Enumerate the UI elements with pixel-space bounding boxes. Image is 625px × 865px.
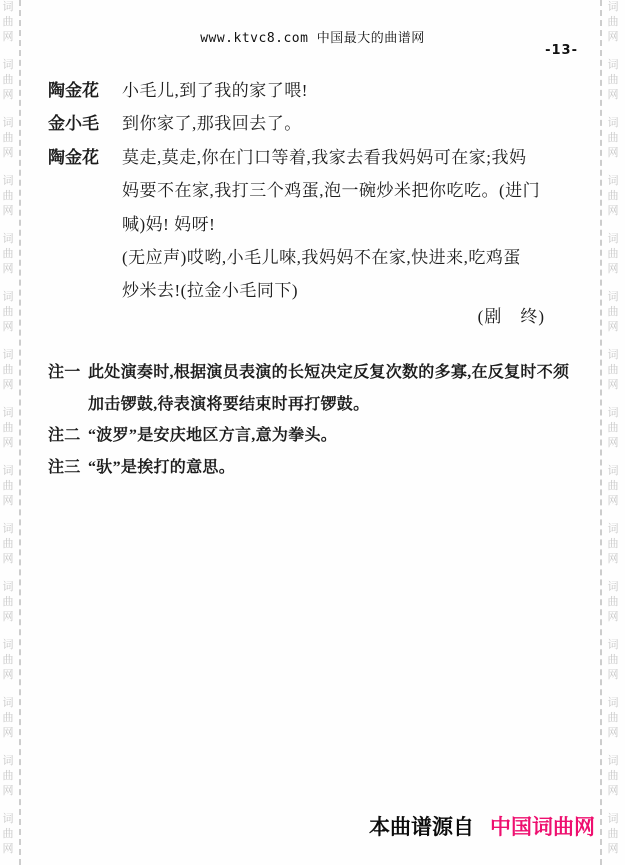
watermark-group: 词曲网 [608, 466, 619, 507]
watermark-char: 网 [608, 148, 619, 159]
watermark-char: 词 [608, 292, 619, 303]
watermark-char: 词 [608, 582, 619, 593]
watermark-char: 网 [3, 206, 14, 217]
watermark-char: 词 [3, 756, 14, 767]
watermark-char: 网 [3, 322, 14, 333]
watermark-char: 曲 [608, 713, 619, 724]
watermark-group: 词曲网 [3, 350, 14, 391]
watermark-char: 曲 [3, 365, 14, 376]
watermark-char: 网 [3, 496, 14, 507]
dialogue-entry: 陶金花莫走,莫走,你在门口等着,我家去看我妈妈可在家;我妈妈要不在家,我打三个鸡… [48, 141, 580, 308]
watermark-group: 词曲网 [608, 640, 619, 681]
watermark-char: 曲 [608, 481, 619, 492]
watermark-group: 词曲网 [608, 350, 619, 391]
watermark-group: 词曲网 [3, 466, 14, 507]
watermark-char: 网 [3, 438, 14, 449]
watermark-char: 曲 [3, 539, 14, 550]
watermark-char: 曲 [608, 75, 619, 86]
watermark-char: 词 [3, 176, 14, 187]
watermark-char: 曲 [3, 713, 14, 724]
watermark-char: 网 [3, 786, 14, 797]
note-entry: 注二“波罗”是安庆地区方言,意为拳头。 [48, 420, 583, 452]
watermark-char: 词 [608, 698, 619, 709]
dialogue-line: 喊)妈! 妈呀! [122, 208, 580, 241]
watermark-char: 词 [3, 466, 14, 477]
watermark-char: 词 [3, 408, 14, 419]
note-label: 注三 [48, 452, 81, 484]
note-line: “驮”是挨打的意思。 [88, 452, 583, 484]
watermark-group: 词曲网 [608, 234, 619, 275]
watermark-char: 网 [3, 612, 14, 623]
watermark-char: 曲 [608, 307, 619, 318]
watermark-char: 曲 [608, 539, 619, 550]
watermark-char: 网 [3, 844, 14, 855]
watermark-char: 网 [608, 554, 619, 565]
note-label: 注二 [48, 420, 81, 452]
watermark-group: 词曲网 [3, 814, 14, 855]
watermark-char: 曲 [3, 75, 14, 86]
ending-mark: (剧 终) [48, 302, 545, 327]
watermark-char: 网 [608, 322, 619, 333]
watermark-group: 词曲网 [608, 118, 619, 159]
watermark-char: 词 [3, 582, 14, 593]
watermark-char: 曲 [608, 133, 619, 144]
watermark-group: 词曲网 [3, 176, 14, 217]
watermark-char: 网 [3, 264, 14, 275]
watermark-char: 网 [608, 786, 619, 797]
watermark-char: 网 [3, 380, 14, 391]
dialogue-line: 到你家了,那我回去了。 [122, 107, 580, 140]
watermark-char: 网 [3, 148, 14, 159]
speaker-label: 陶金花 [48, 74, 99, 107]
dialogue-block: 陶金花小毛儿,到了我的家了喂!金小毛到你家了,那我回去了。陶金花莫走,莫走,你在… [48, 74, 580, 308]
watermark-char: 词 [608, 2, 619, 13]
dialogue-line: (无应声)哎哟,小毛儿唻,我妈妈不在家,快进来,吃鸡蛋 [122, 241, 580, 274]
watermark-char: 曲 [3, 597, 14, 608]
right-dashed-rule [600, 0, 602, 865]
watermark-char: 词 [608, 756, 619, 767]
watermark-group: 词曲网 [608, 814, 619, 855]
watermark-char: 曲 [608, 249, 619, 260]
watermark-char: 网 [3, 728, 14, 739]
watermark-char: 词 [608, 176, 619, 187]
watermark-char: 曲 [3, 481, 14, 492]
note-line: 此处演奏时,根据演员表演的长短决定反复次数的多寡,在反复时不须 [88, 357, 583, 389]
watermark-group: 词曲网 [608, 176, 619, 217]
watermark-char: 网 [608, 728, 619, 739]
watermark-group: 词曲网 [3, 698, 14, 739]
watermark-char: 曲 [3, 655, 14, 666]
watermark-char: 词 [3, 60, 14, 71]
watermark-char: 词 [608, 60, 619, 71]
watermark-char: 网 [608, 90, 619, 101]
watermark-char: 曲 [3, 133, 14, 144]
watermark-char: 词 [3, 292, 14, 303]
watermark-group: 词曲网 [3, 524, 14, 565]
watermark-group: 词曲网 [608, 756, 619, 797]
watermark-char: 网 [608, 206, 619, 217]
watermark-group: 词曲网 [608, 292, 619, 333]
watermark-char: 曲 [3, 307, 14, 318]
watermark-group: 词曲网 [608, 60, 619, 101]
speaker-label: 金小毛 [48, 107, 99, 140]
watermark-char: 词 [608, 524, 619, 535]
watermark-char: 曲 [608, 365, 619, 376]
watermark-char: 曲 [3, 829, 14, 840]
watermark-char: 词 [3, 2, 14, 13]
watermark-char: 曲 [3, 771, 14, 782]
watermark-char: 曲 [3, 249, 14, 260]
watermark-group: 词曲网 [3, 640, 14, 681]
note-line: “波罗”是安庆地区方言,意为拳头。 [88, 420, 583, 452]
left-watermark-column: 词曲网词曲网词曲网词曲网词曲网词曲网词曲网词曲网词曲网词曲网词曲网词曲网词曲网词… [1, 2, 15, 865]
dialogue-entry: 陶金花小毛儿,到了我的家了喂! [48, 74, 580, 107]
watermark-group: 词曲网 [3, 292, 14, 333]
watermark-group: 词曲网 [608, 408, 619, 449]
watermark-char: 网 [608, 264, 619, 275]
watermark-char: 词 [608, 640, 619, 651]
footer-brand-name: 中国词曲网 [490, 816, 595, 839]
watermark-char: 曲 [608, 597, 619, 608]
watermark-char: 曲 [608, 829, 619, 840]
watermark-group: 词曲网 [3, 582, 14, 623]
watermark-char: 网 [608, 438, 619, 449]
dialogue-line: 小毛儿,到了我的家了喂! [122, 74, 580, 107]
watermark-char: 网 [608, 670, 619, 681]
note-entry: 注一此处演奏时,根据演员表演的长短决定反复次数的多寡,在反复时不须加击锣鼓,待表… [48, 357, 583, 420]
watermark-char: 网 [3, 554, 14, 565]
watermark-char: 曲 [608, 771, 619, 782]
watermark-group: 词曲网 [3, 118, 14, 159]
watermark-char: 词 [3, 234, 14, 245]
watermark-group: 词曲网 [608, 698, 619, 739]
footer-source-text: 本曲谱源自 [369, 816, 474, 839]
watermark-char: 曲 [3, 423, 14, 434]
watermark-char: 曲 [608, 655, 619, 666]
watermark-group: 词曲网 [3, 408, 14, 449]
dialogue-entry: 金小毛到你家了,那我回去了。 [48, 107, 580, 140]
watermark-group: 词曲网 [3, 60, 14, 101]
watermark-char: 词 [608, 814, 619, 825]
watermark-char: 词 [608, 350, 619, 361]
page-number: -13- [545, 43, 578, 58]
speaker-label: 陶金花 [48, 141, 99, 174]
note-label: 注一 [48, 357, 81, 389]
watermark-char: 词 [608, 466, 619, 477]
watermark-char: 网 [3, 90, 14, 101]
right-watermark-column: 词曲网词曲网词曲网词曲网词曲网词曲网词曲网词曲网词曲网词曲网词曲网词曲网词曲网词… [606, 2, 620, 865]
watermark-char: 曲 [608, 423, 619, 434]
watermark-char: 词 [3, 814, 14, 825]
watermark-char: 曲 [608, 191, 619, 202]
watermark-char: 词 [3, 640, 14, 651]
watermark-group: 词曲网 [3, 234, 14, 275]
watermark-char: 词 [608, 118, 619, 129]
dialogue-line: 莫走,莫走,你在门口等着,我家去看我妈妈可在家;我妈 [122, 141, 580, 174]
watermark-char: 网 [608, 844, 619, 855]
watermark-char: 词 [3, 698, 14, 709]
watermark-group: 词曲网 [608, 524, 619, 565]
watermark-char: 词 [3, 524, 14, 535]
watermark-char: 曲 [3, 191, 14, 202]
watermark-char: 网 [608, 380, 619, 391]
watermark-group: 词曲网 [3, 756, 14, 797]
watermark-char: 网 [3, 670, 14, 681]
footer: 本曲谱源自中国词曲网 [369, 811, 595, 841]
watermark-char: 网 [608, 496, 619, 507]
watermark-char: 词 [608, 234, 619, 245]
watermark-char: 词 [608, 408, 619, 419]
notes-block: 注一此处演奏时,根据演员表演的长短决定反复次数的多寡,在反复时不须加击锣鼓,待表… [48, 357, 583, 483]
watermark-char: 词 [3, 350, 14, 361]
watermark-char: 网 [608, 612, 619, 623]
watermark-group: 词曲网 [608, 582, 619, 623]
left-dashed-rule [19, 0, 21, 865]
note-line: 加击锣鼓,待表演将要结束时再打锣鼓。 [88, 389, 583, 421]
dialogue-line: 妈要不在家,我打三个鸡蛋,泡一碗炒米把你吃吃。(进门 [122, 174, 580, 207]
watermark-char: 词 [3, 118, 14, 129]
note-entry: 注三“驮”是挨打的意思。 [48, 452, 583, 484]
site-watermark-text: www.ktvc8.com 中国最大的曲谱网 [0, 27, 625, 46]
